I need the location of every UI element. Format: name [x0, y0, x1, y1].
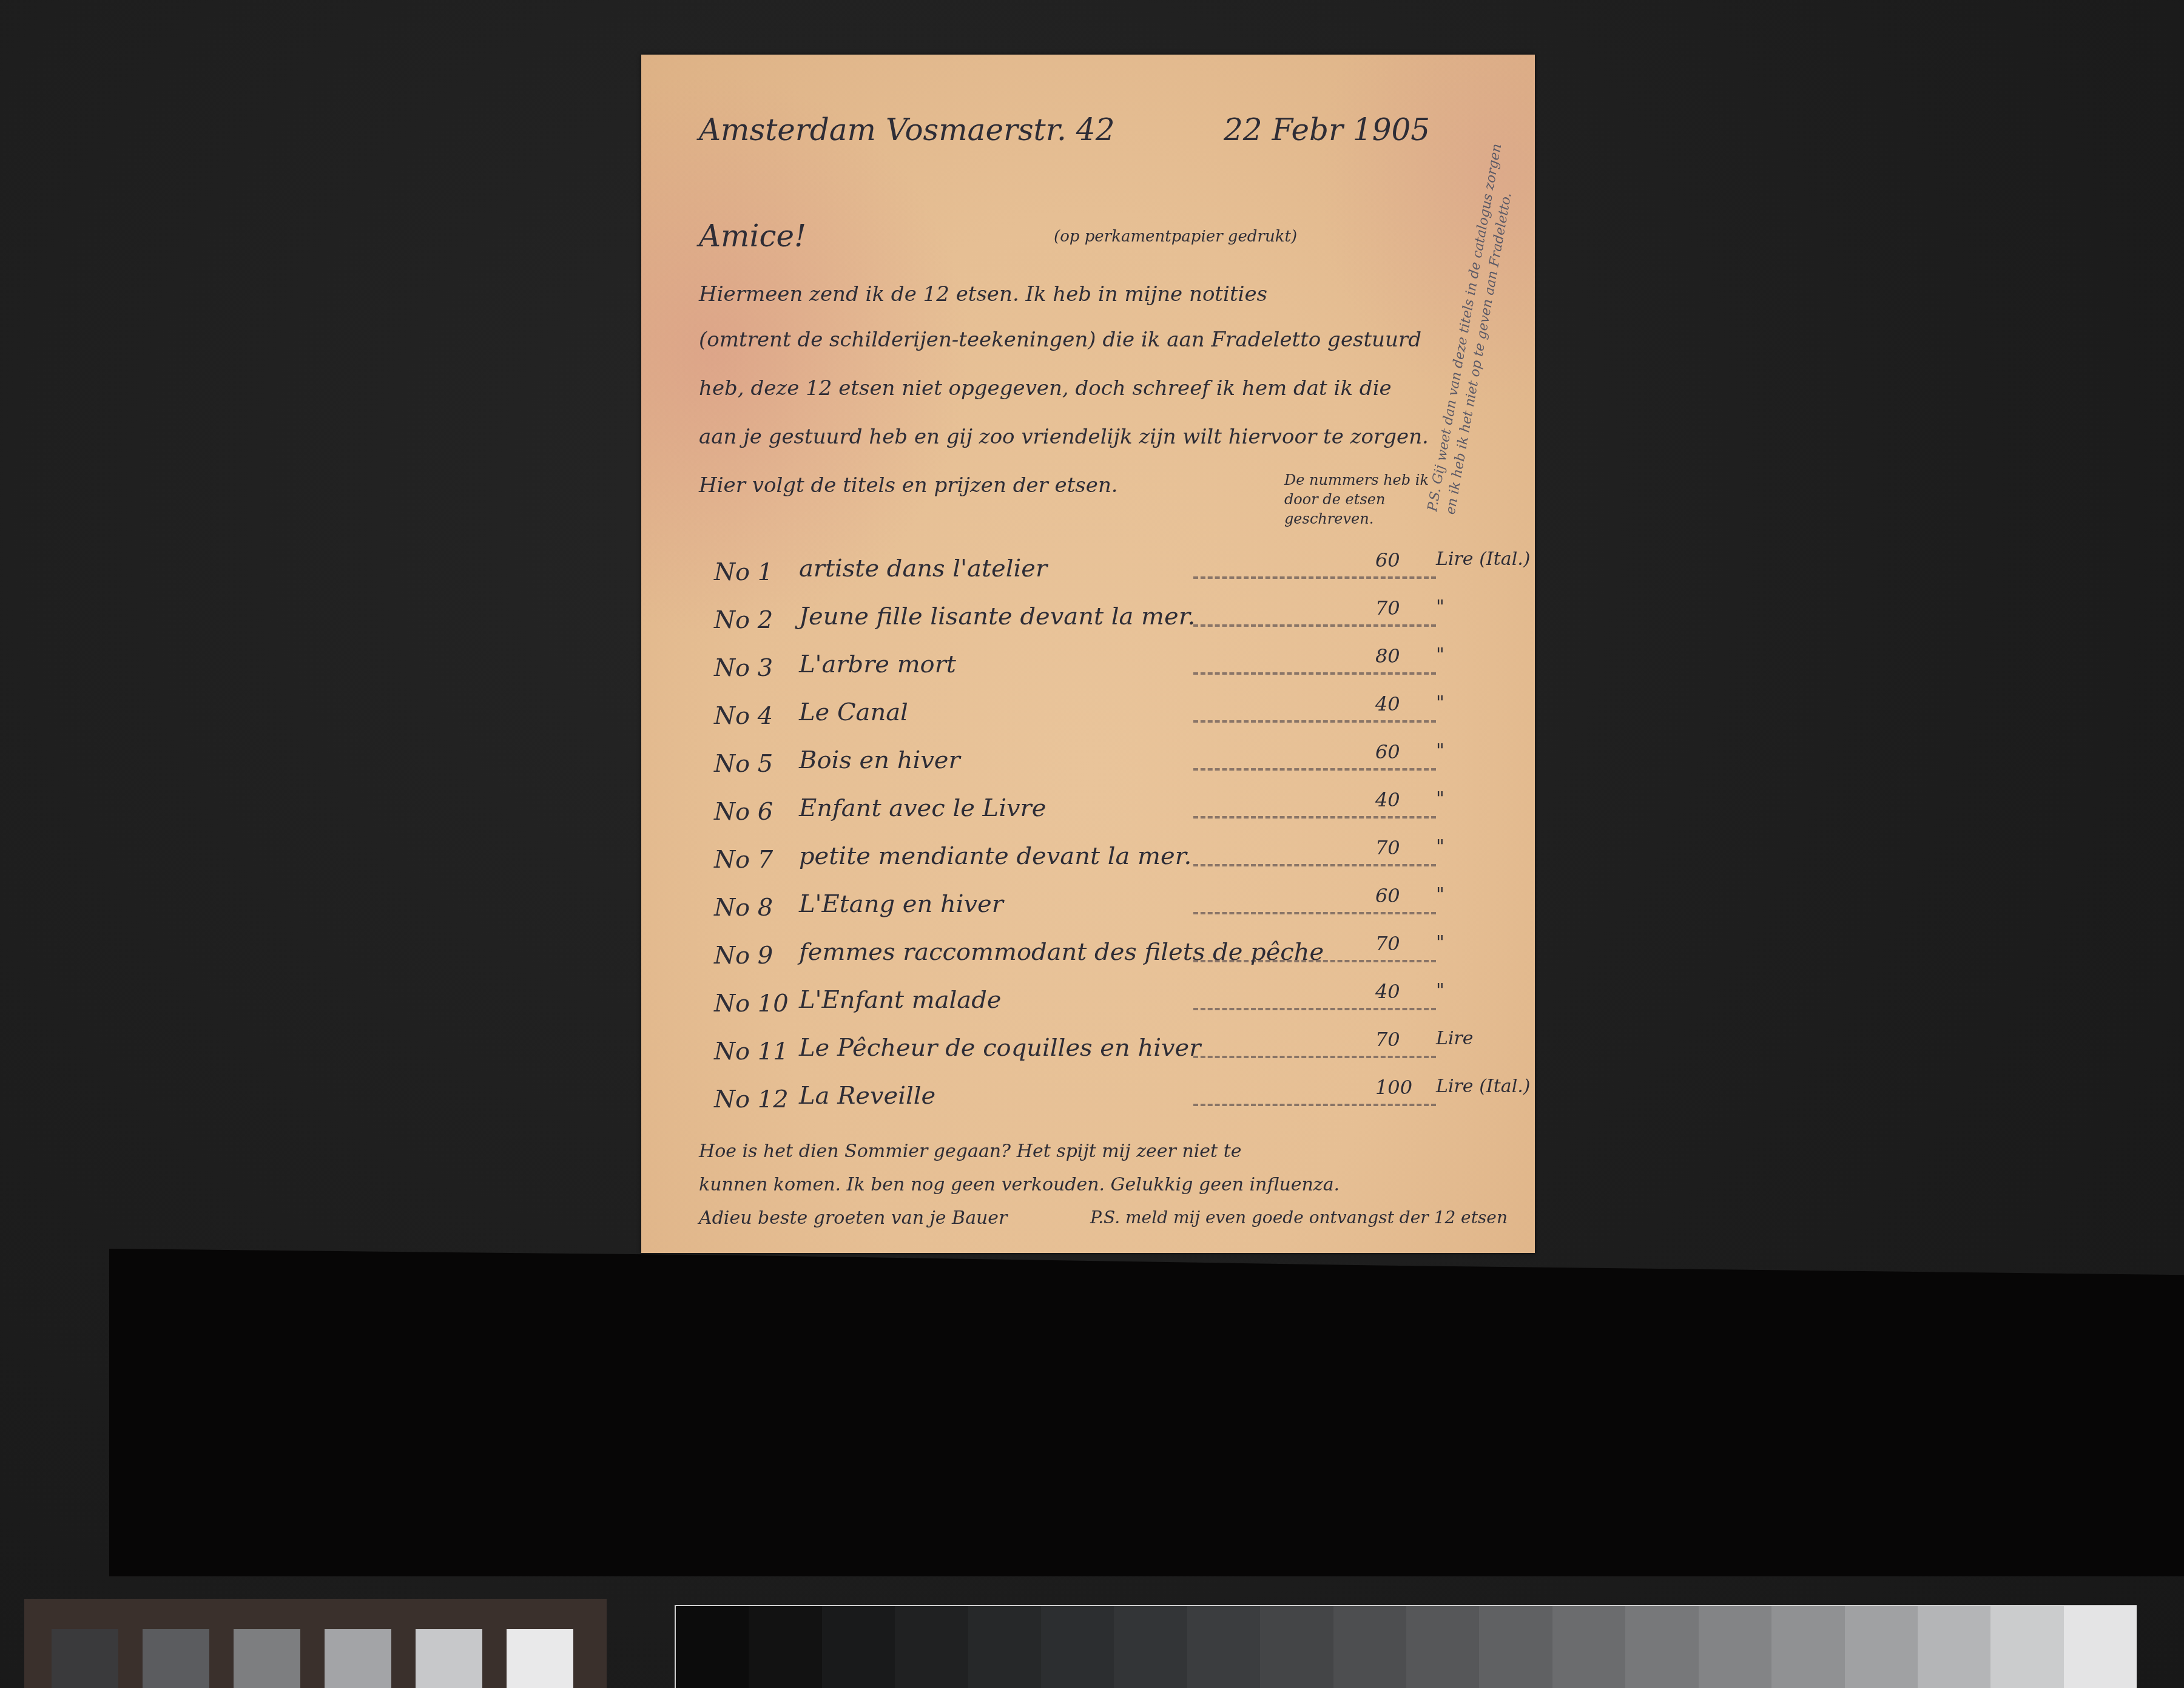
etching-row: No 10L'Enfant malade40": [714, 977, 1527, 1025]
etching-row: No 11Le Pêcheur de coquilles en hiver70L…: [714, 1025, 1527, 1073]
etching-number: No 11: [714, 1038, 789, 1065]
etching-price: 100: [1375, 1076, 1412, 1099]
etching-row: No 3L'arbre mort80": [714, 642, 1527, 690]
etching-title: artiste dans l'atelier: [799, 555, 1047, 582]
etching-title: petite mendiante devant la mer.: [799, 842, 1191, 870]
etching-number: No 12: [714, 1085, 789, 1113]
etching-price: 60: [1375, 549, 1400, 572]
wedge-step: [1625, 1606, 1698, 1688]
etching-title: Le Canal: [799, 698, 908, 726]
body-line: aan je gestuurd heb en gij zoo vriendeli…: [699, 425, 1429, 449]
aside-note: (op perkamentpapier gedrukt): [1054, 228, 1297, 246]
etching-price: 70: [1375, 932, 1400, 955]
wedge-step: [1771, 1606, 1844, 1688]
etching-number: No 7: [714, 846, 773, 874]
etching-number: No 4: [714, 702, 773, 730]
etching-title: Le Pêcheur de coquilles en hiver: [799, 1034, 1201, 1062]
leader-dashes: [1193, 960, 1436, 962]
leader-dashes: [1193, 1056, 1436, 1058]
etching-price: 40: [1375, 692, 1400, 715]
gray-reference-card: [24, 1599, 607, 1688]
signature-line: Adieu beste groeten van je Bauer: [699, 1207, 1007, 1229]
price-unit: ": [1436, 932, 1444, 953]
wedge-step: [1260, 1606, 1333, 1688]
etching-price: 60: [1375, 884, 1400, 907]
gray-patch: [143, 1629, 209, 1688]
black-felt-mat: [109, 1249, 2184, 1576]
wedge-step: [2064, 1606, 2137, 1688]
etching-number: No 9: [714, 942, 773, 970]
wedge-step: [822, 1606, 895, 1688]
leader-dashes: [1193, 816, 1436, 819]
etching-price-list: No 1artiste dans l'atelier60Lire (Ital.)…: [714, 546, 1527, 1121]
etching-row: No 6Enfant avec le Livre40": [714, 786, 1527, 834]
etching-title: La Reveille: [799, 1082, 935, 1110]
etching-row: No 7petite mendiante devant la mer.70": [714, 834, 1527, 882]
wedge-step: [895, 1606, 968, 1688]
gray-step-wedge: [675, 1605, 2137, 1688]
closing-line: kunnen komen. Ik ben nog geen verkouden.…: [699, 1174, 1340, 1195]
etching-title: Enfant avec le Livre: [799, 794, 1046, 822]
salutation: Amice!: [699, 218, 806, 254]
wedge-step: [1187, 1606, 1260, 1688]
price-unit: ": [1436, 740, 1444, 761]
letter-date: 22 Febr 1905: [1224, 112, 1430, 147]
wedge-step: [1114, 1606, 1187, 1688]
price-unit: ": [1436, 980, 1444, 1001]
etching-row: No 1artiste dans l'atelier60Lire (Ital.): [714, 546, 1527, 594]
wedge-step: [676, 1606, 749, 1688]
wedge-step: [1552, 1606, 1625, 1688]
sender-address: Amsterdam Vosmaerstr. 42: [699, 112, 1114, 147]
leader-dashes: [1193, 720, 1436, 723]
wedge-step: [1918, 1606, 1990, 1688]
body-line: Hiermeen zend ik de 12 etsen. Ik heb in …: [699, 282, 1267, 306]
etching-title: L'Etang en hiver: [799, 890, 1003, 918]
leader-dashes: [1193, 768, 1436, 771]
price-unit: ": [1436, 836, 1444, 857]
body-line: (omtrent de schilderijen-teekeningen) di…: [699, 328, 1421, 352]
margin-postscript: P.S. Gij weet dan van deze titels in de …: [1424, 139, 1525, 516]
etching-price: 80: [1375, 644, 1400, 667]
gray-patch: [52, 1629, 118, 1688]
wedge-step: [1845, 1606, 1918, 1688]
etching-number: No 3: [714, 654, 773, 682]
etching-title: L'arbre mort: [799, 650, 956, 678]
price-unit: ": [1436, 692, 1444, 714]
letter-sheet: Amsterdam Vosmaerstr. 42 22 Febr 1905 Am…: [641, 55, 1535, 1253]
leader-dashes: [1193, 1008, 1436, 1010]
gray-patch: [507, 1629, 573, 1688]
etching-row: No 8L'Etang en hiver60": [714, 882, 1527, 930]
wedge-step: [1406, 1606, 1479, 1688]
price-unit: Lire (Ital.): [1436, 549, 1530, 570]
wedge-step: [1333, 1606, 1406, 1688]
etching-number: No 6: [714, 798, 773, 826]
gray-patch: [234, 1629, 300, 1688]
etching-row: No 5Bois en hiver60": [714, 738, 1527, 786]
etching-row: No 4Le Canal40": [714, 690, 1527, 738]
wedge-step: [1990, 1606, 2063, 1688]
etching-row: No 12La Reveille100Lire (Ital.): [714, 1073, 1527, 1121]
etching-price: 60: [1375, 740, 1400, 763]
etching-row: No 2Jeune fille lisante devant la mer.70…: [714, 594, 1527, 642]
etching-number: No 1: [714, 558, 773, 586]
leader-dashes: [1193, 576, 1436, 579]
etching-number: No 2: [714, 606, 773, 634]
gray-patch: [416, 1629, 482, 1688]
etching-title: Bois en hiver: [799, 746, 960, 774]
etching-price: 70: [1375, 1028, 1400, 1051]
price-unit: Lire: [1436, 1028, 1474, 1049]
wedge-step: [1479, 1606, 1552, 1688]
etching-row: No 9femmes raccommodant des filets de pê…: [714, 930, 1527, 977]
etching-number: No 5: [714, 750, 773, 778]
etching-title: L'Enfant malade: [799, 986, 1001, 1014]
price-unit: Lire (Ital.): [1436, 1076, 1530, 1097]
body-line: Hier volgt de titels en prijzen der etse…: [699, 473, 1118, 498]
gray-patch: [325, 1629, 391, 1688]
etching-title: Jeune fille lisante devant la mer.: [799, 603, 1195, 630]
price-unit: ": [1436, 596, 1444, 618]
wedge-step: [1041, 1606, 1114, 1688]
etching-price: 70: [1375, 596, 1400, 619]
etching-price: 70: [1375, 836, 1400, 859]
wedge-step: [1699, 1606, 1771, 1688]
body-line: heb, deze 12 etsen niet opgegeven, doch …: [699, 376, 1392, 400]
leader-dashes: [1193, 912, 1436, 914]
postscript: P.S. meld mij even goede ontvangst der 1…: [1090, 1207, 1508, 1227]
etching-price: 40: [1375, 980, 1400, 1003]
price-unit: ": [1436, 644, 1444, 666]
wedge-step: [968, 1606, 1041, 1688]
etching-number: No 8: [714, 894, 773, 922]
closing-line: Hoe is het dien Sommier gegaan? Het spij…: [699, 1141, 1241, 1162]
wedge-step: [749, 1606, 821, 1688]
leader-dashes: [1193, 1104, 1436, 1106]
etching-price: 40: [1375, 788, 1400, 811]
leader-dashes: [1193, 624, 1436, 627]
price-unit: ": [1436, 788, 1444, 809]
etching-number: No 10: [714, 990, 789, 1018]
leader-dashes: [1193, 864, 1436, 866]
leader-dashes: [1193, 672, 1436, 675]
price-unit: ": [1436, 884, 1444, 905]
